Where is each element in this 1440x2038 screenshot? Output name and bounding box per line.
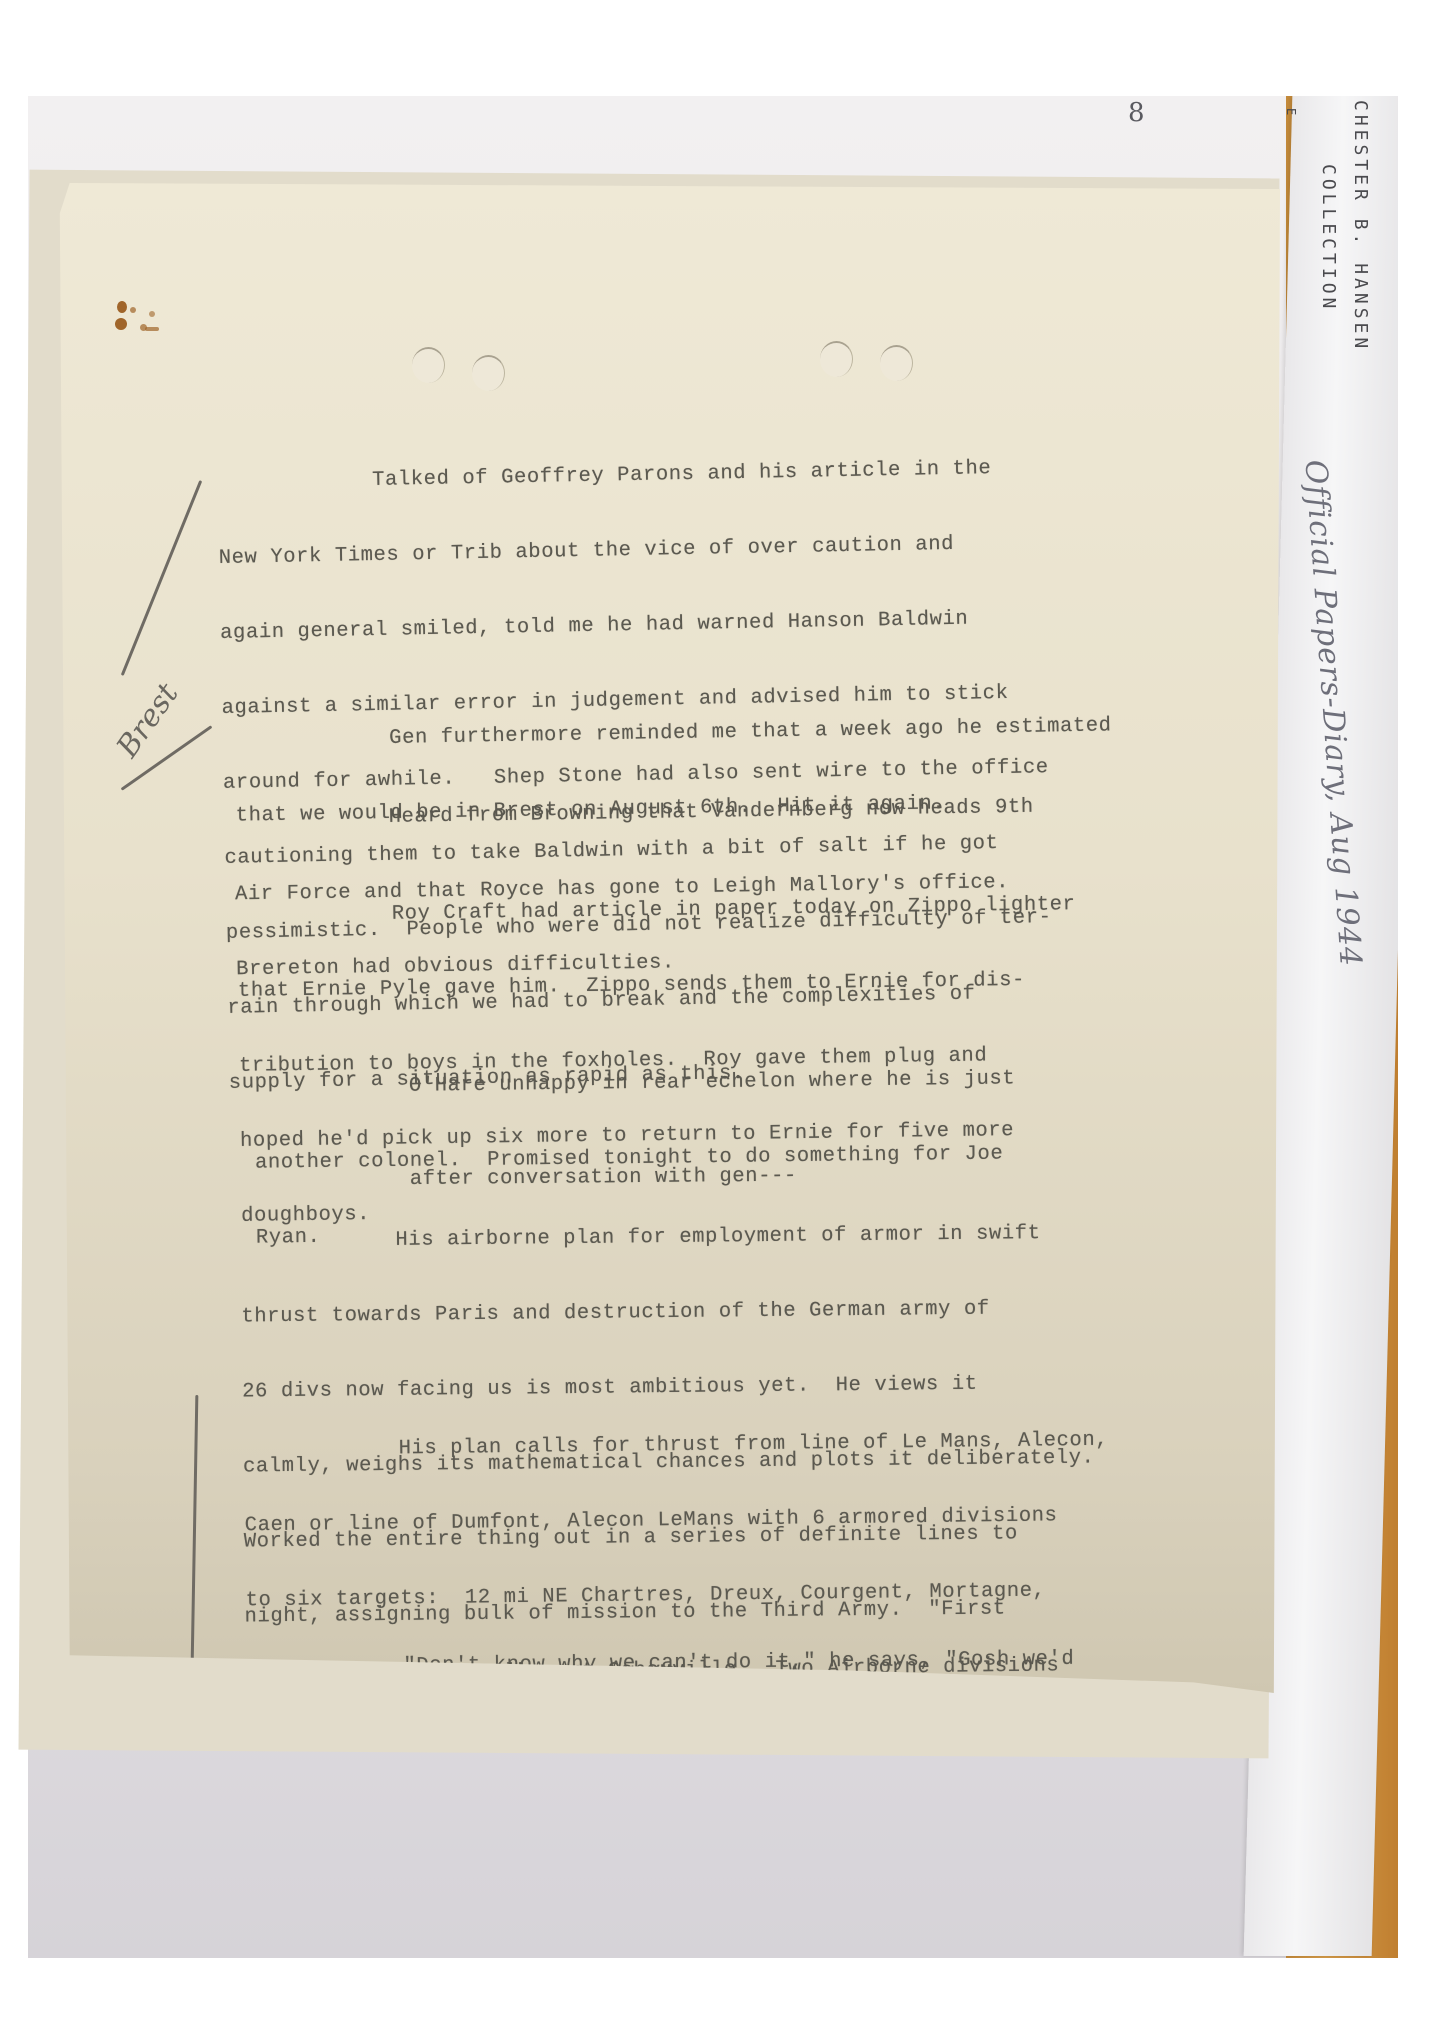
- margin-pencil-line: [121, 480, 202, 676]
- text-line: Caen or line of Dumfont, Alecon LeMans w…: [245, 1503, 1110, 1539]
- collection-stamp: E CHESTER B. HANSEN COLLECTION: [1300, 100, 1390, 420]
- margin-pencil-line: [191, 1395, 199, 1665]
- corner-mark: 8: [1128, 98, 1145, 128]
- collection-stamp-line1: CHESTER B. HANSEN: [1350, 100, 1371, 352]
- rust-stain: [115, 318, 127, 330]
- text-line: His airborne plan for employment of armo…: [241, 1221, 1093, 1255]
- text-line: coast, cut off and destroy the German Ar…: [250, 1953, 1115, 1989]
- punch-hole: [412, 347, 445, 383]
- text-line: that Ernie Pyle gave him. Zippo sends th…: [238, 967, 1077, 1004]
- text-line: O'Hare unhappy in rear echelon where he …: [254, 1066, 1015, 1100]
- collection-stamp-line2: COLLECTION: [1318, 164, 1339, 312]
- punch-hole: [472, 355, 505, 391]
- punch-hole: [820, 341, 853, 377]
- rust-stain: [149, 311, 155, 317]
- text-line: thrust towards Paris and destruction of …: [241, 1296, 1093, 1330]
- text-line: New York Times or Trib about the vice of…: [219, 530, 1045, 571]
- rust-stain: [117, 301, 127, 313]
- typed-page: Brest Talked of Geoffrey Parons and his …: [45, 183, 1280, 1693]
- text-line: Heard from Browning that Vandernberg now…: [234, 795, 1034, 833]
- rust-stain: [145, 327, 159, 331]
- text-line: His plan calls for thrust from line of L…: [244, 1428, 1109, 1464]
- edge-mark: E: [1284, 108, 1298, 119]
- punch-hole: [880, 345, 913, 381]
- text-line: again general smiled, told me he had war…: [220, 605, 1046, 646]
- text-line: Roy Craft had article in paper today on …: [237, 892, 1076, 929]
- text-line: Talked of Geoffrey Parons and his articl…: [217, 455, 1043, 496]
- rust-stain: [130, 307, 136, 313]
